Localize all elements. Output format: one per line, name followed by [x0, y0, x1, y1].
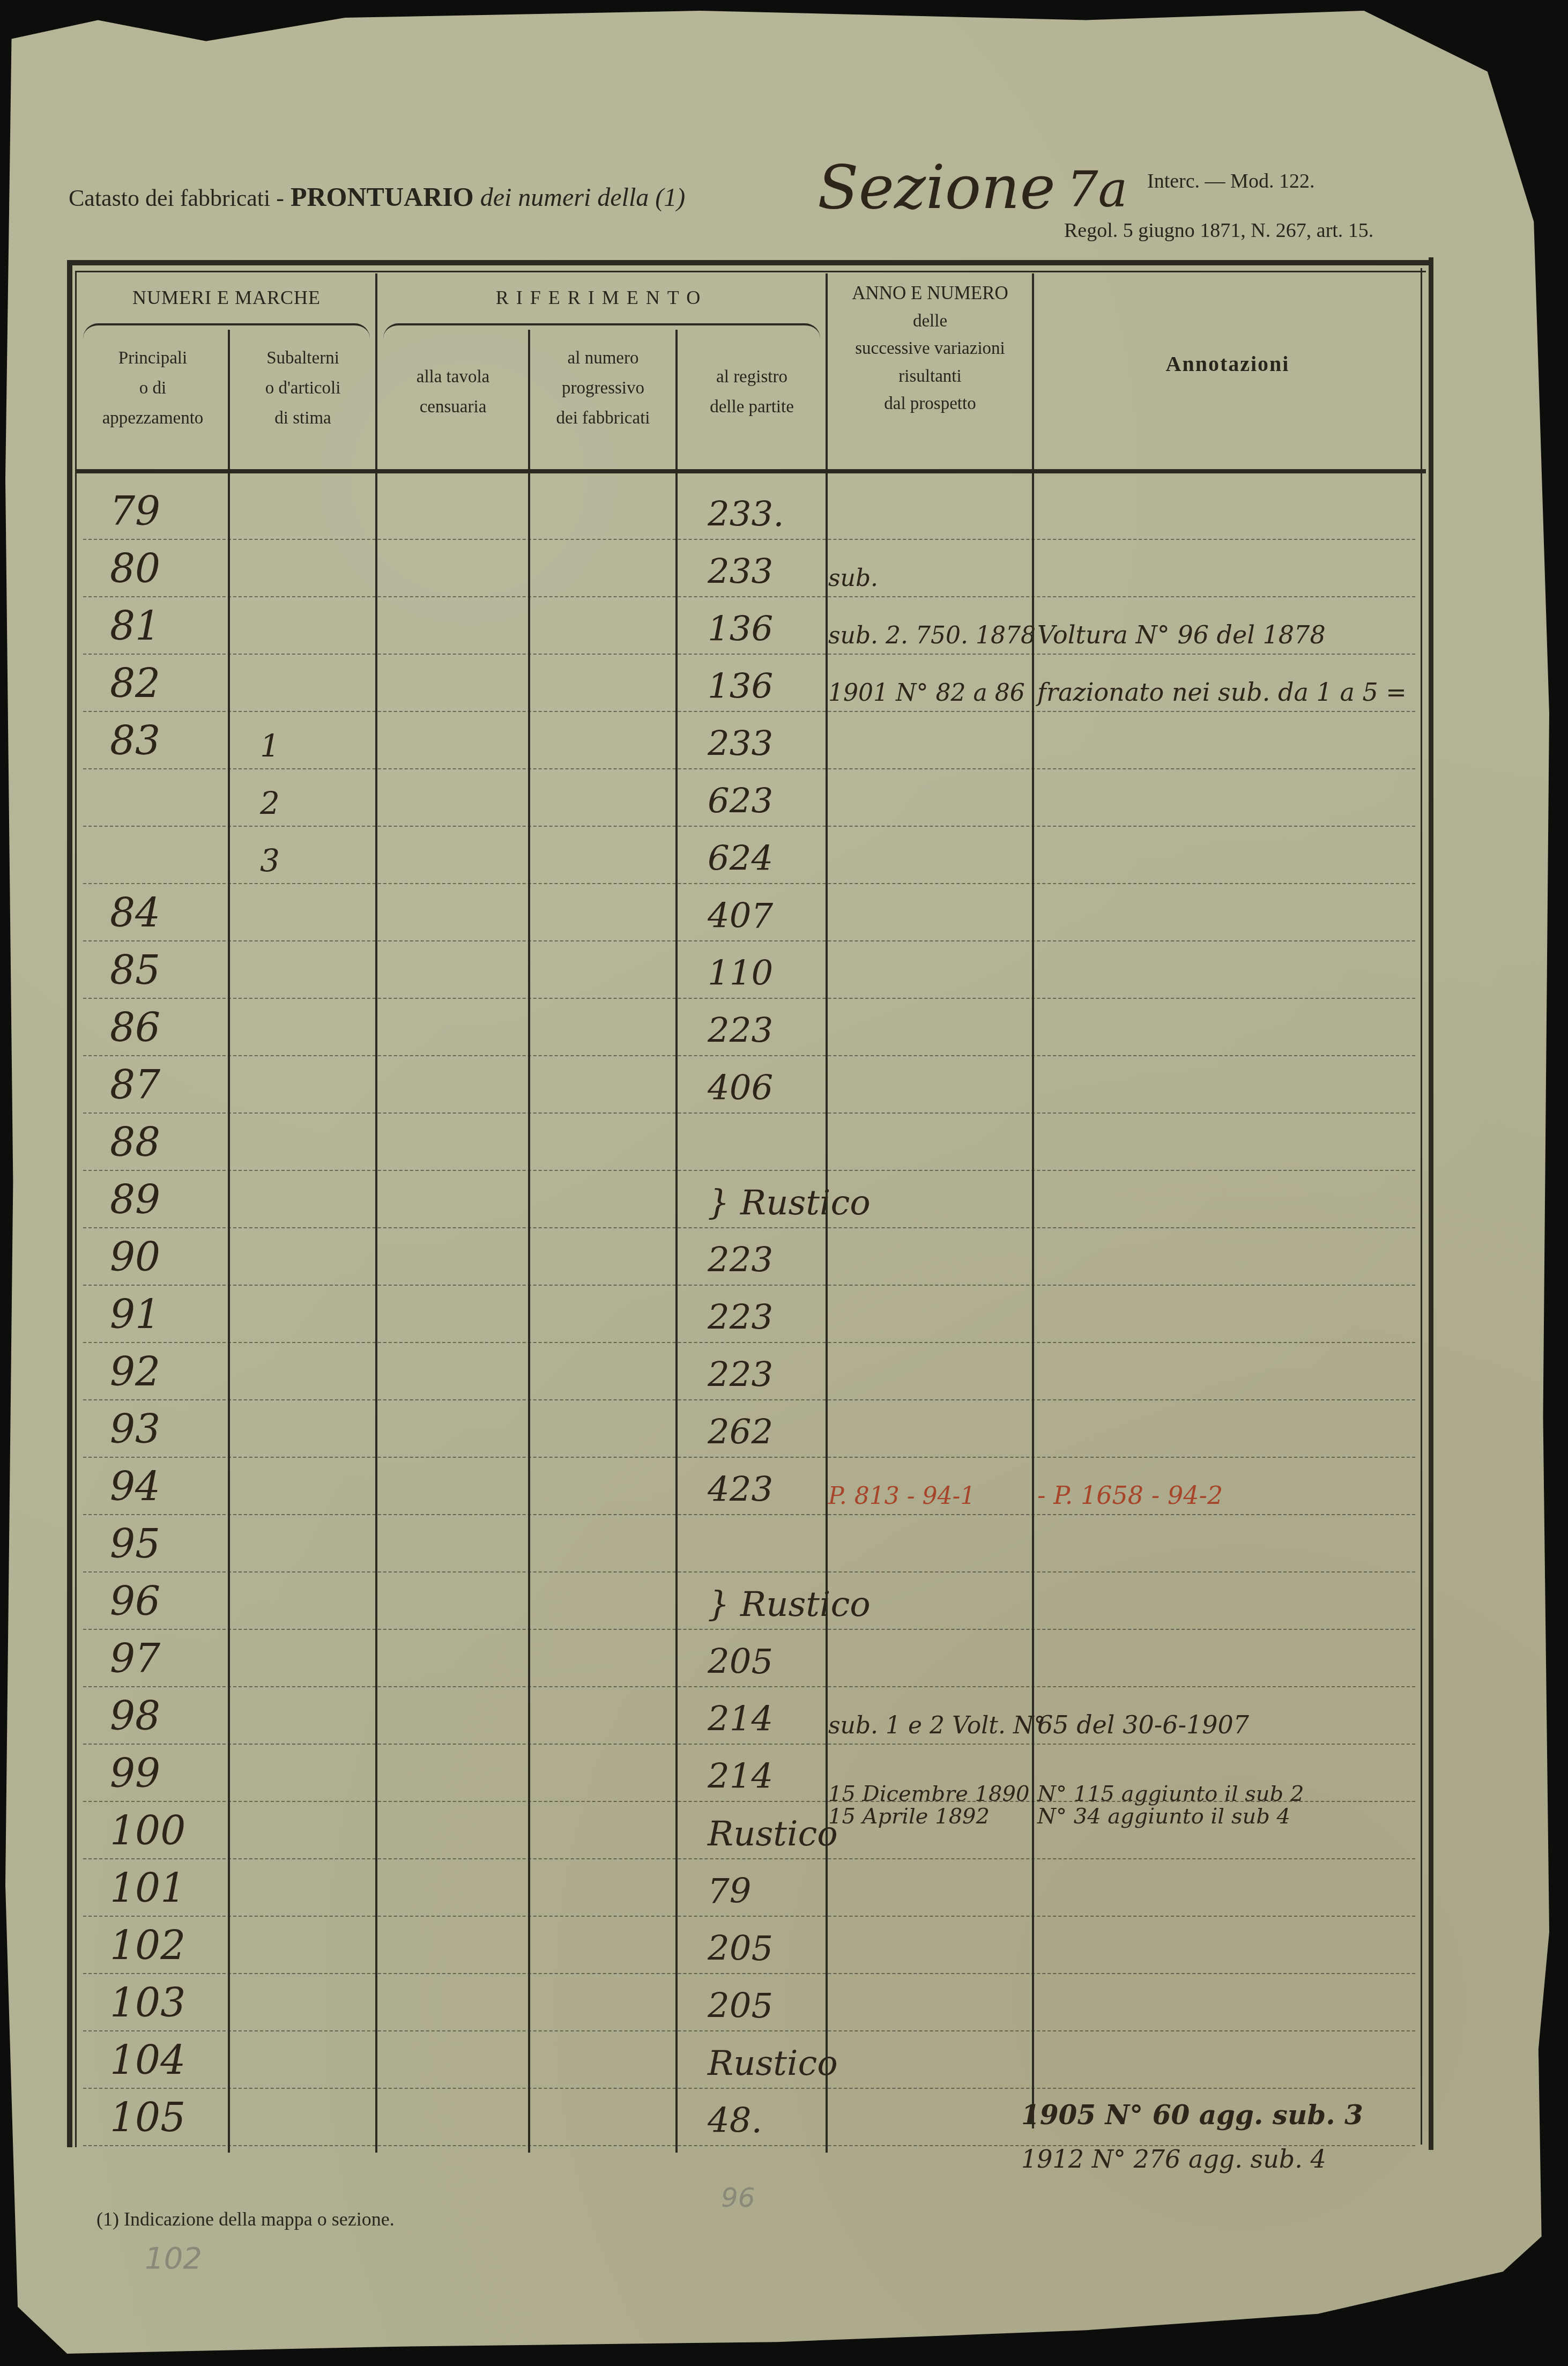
document-page: Catasto dei fabbricati - PRONTUARIO dei … — [5, 11, 1549, 2354]
section-number: 7a — [1067, 161, 1127, 218]
table-border — [75, 271, 1426, 272]
registro-cell: 407 — [708, 896, 773, 936]
regulation-reference: Regol. 5 giugno 1871, N. 267, art. 15. — [1064, 219, 1373, 242]
group-numeri-e-marche: NUMERI E MARCHE — [78, 281, 375, 314]
registro-cell: 136 — [708, 610, 773, 649]
table-row: 831233 — [78, 712, 1421, 769]
annotazioni-cell: Voltura N° 96 del 1878 — [1037, 620, 1326, 649]
annotazioni-cell: frazionato nei sub. da 1 a 5 = — [1037, 678, 1407, 707]
principale-cell: 96 — [110, 1578, 160, 1625]
table-row: 92223 — [78, 1343, 1421, 1400]
registro-cell: 205 — [708, 1986, 773, 2026]
registro-cell: 223 — [708, 1298, 773, 1338]
principale-cell: 87 — [110, 1062, 160, 1108]
footnote: (1) Indicazione della mappa o sezione. — [96, 2208, 395, 2230]
registro-cell: Rustico — [708, 1814, 838, 1854]
principale-cell: 97 — [110, 1636, 160, 1682]
table-row: 87406 — [78, 1056, 1421, 1114]
table-border — [75, 271, 77, 2147]
table-row: 88 — [78, 1114, 1421, 1171]
principale-cell: 105 — [110, 2095, 185, 2141]
pencil-mark: 96 — [721, 2182, 755, 2213]
table-row: 3624 — [78, 827, 1421, 884]
principale-cell: 92 — [110, 1349, 160, 1395]
registro-cell: 214 — [708, 1700, 773, 1739]
principale-cell: 90 — [110, 1234, 160, 1280]
registro-cell: 406 — [708, 1069, 773, 1108]
principale-cell: 95 — [110, 1521, 160, 1567]
table-row: 90223 — [78, 1228, 1421, 1286]
subalterno-cell: 1 — [260, 728, 280, 764]
principale-cell: 88 — [110, 1119, 160, 1166]
brace-decoration — [83, 323, 370, 338]
table-row: 85110 — [78, 941, 1421, 999]
variazioni-cell: sub. 2. 750. 1878 — [828, 622, 1036, 649]
table-row: 80233sub. — [78, 540, 1421, 597]
table-border — [1421, 268, 1422, 2145]
principale-cell: 102 — [110, 1923, 185, 1969]
bottom-annotation: 1905 N° 60 agg. sub. 3 — [1021, 2099, 1363, 2131]
registro-cell: Rustico — [708, 2044, 838, 2083]
principale-cell: 99 — [110, 1751, 160, 1797]
table-row: 98214sub. 1 e 2 Volt. N°65 del 30-6-1907 — [78, 1687, 1421, 1745]
registro-cell: 136 — [708, 667, 773, 707]
registro-cell: } Rustico — [708, 1585, 871, 1625]
principale-cell: 84 — [110, 890, 160, 936]
table-row: 821361901 N° 82 a 86frazionato nei sub. … — [78, 655, 1421, 712]
table-row: 94423P. 813 - 94-1- P. 1658 - 94-2 — [78, 1458, 1421, 1515]
annotazioni-cell: 65 del 30-6-1907 — [1037, 1710, 1249, 1739]
variazioni-cell: sub. — [828, 565, 878, 592]
form-title-prefix: Catasto dei fabbricati - — [69, 185, 284, 211]
table-row: 9921415 Dicembre 189015 Aprile 1892N° 11… — [78, 1745, 1421, 1802]
principale-cell: 89 — [110, 1177, 160, 1223]
registro-cell: 262 — [708, 1413, 773, 1452]
table-row: 91223 — [78, 1286, 1421, 1343]
table-row: 95 — [78, 1515, 1421, 1573]
registro-cell: 233 — [708, 724, 773, 764]
principale-cell: 83 — [110, 718, 160, 764]
variazioni-cell: 1901 N° 82 a 86 — [828, 679, 1025, 707]
section-handwritten: Sezione — [818, 153, 1056, 222]
principale-cell: 85 — [110, 947, 160, 993]
principale-cell: 80 — [110, 546, 160, 592]
variazioni-cell: P. 813 - 94-1 — [828, 1482, 975, 1510]
principale-cell: 79 — [110, 488, 160, 535]
registro-cell: 423 — [708, 1470, 773, 1510]
header-principali: Principali o di appezzamento — [78, 343, 228, 433]
table-row: 81136sub. 2. 750. 1878Voltura N° 96 del … — [78, 597, 1421, 655]
bottom-annotation: 1912 N° 276 agg. sub. 4 — [1021, 2145, 1326, 2174]
registro-cell: 110 — [708, 954, 773, 993]
principale-cell: 94 — [110, 1464, 160, 1510]
table-row: 103205 — [78, 1974, 1421, 2031]
principale-cell: 93 — [110, 1406, 160, 1452]
table-row: 10179 — [78, 1859, 1421, 1917]
table-row: 100Rustico — [78, 1802, 1421, 1859]
brace-decoration — [383, 323, 820, 338]
table-row: 96} Rustico — [78, 1573, 1421, 1630]
group-riferimento: RIFERIMENTO — [378, 281, 826, 314]
table-border — [1429, 257, 1433, 2150]
table-row: 97205 — [78, 1630, 1421, 1687]
table-border — [67, 260, 1431, 265]
header-anno-numero: ANNO E NUMERO delle successive variazion… — [828, 279, 1032, 418]
table-border — [67, 260, 72, 2147]
principale-cell: 82 — [110, 661, 160, 707]
principale-cell: 103 — [110, 1980, 185, 2026]
principale-cell: 86 — [110, 1005, 160, 1051]
form-title-main: PRONTUARIO — [291, 182, 474, 212]
principale-cell: 91 — [110, 1292, 160, 1338]
subalterno-cell: 2 — [260, 785, 280, 821]
header-registro-partite: al registro delle partite — [678, 362, 826, 422]
registro-cell: 214 — [708, 1757, 773, 1797]
table-row: 86223 — [78, 999, 1421, 1056]
principale-cell: 100 — [110, 1808, 185, 1854]
registro-cell: 233. — [708, 495, 784, 535]
table-row: 79233. — [78, 483, 1421, 540]
registro-cell: 233 — [708, 552, 773, 592]
pencil-mark: 102 — [145, 2241, 202, 2276]
principale-cell: 81 — [110, 603, 160, 649]
registro-cell: 205 — [708, 1929, 773, 1969]
form-title-suffix: dei numeri della (1) — [480, 183, 686, 212]
form-title: Catasto dei fabbricati - PRONTUARIO dei … — [69, 181, 685, 212]
registro-cell: 79 — [708, 1872, 751, 1911]
header-tavola-censuaria: alla tavola censuaria — [378, 362, 528, 422]
header-annotazioni: Annotazioni — [1035, 346, 1421, 382]
table-row: 89} Rustico — [78, 1171, 1421, 1228]
table-row: 93262 — [78, 1400, 1421, 1458]
registro-cell: 223 — [708, 1355, 773, 1395]
registro-cell: } Rustico — [708, 1183, 871, 1223]
header-rule — [75, 469, 1426, 473]
form-code: Interc. — Mod. 122. — [1147, 169, 1314, 193]
header-subalterni: Subalterni o d'articoli di stima — [231, 343, 375, 433]
principale-cell: 98 — [110, 1693, 160, 1739]
registro-cell: 223 — [708, 1241, 773, 1280]
variazioni-cell: sub. 1 e 2 Volt. N° — [828, 1712, 1046, 1739]
table-row: 104Rustico — [78, 2031, 1421, 2089]
subalterno-cell: 3 — [260, 842, 280, 879]
registro-cell: 48. — [708, 2101, 762, 2141]
table-row: 2623 — [78, 769, 1421, 827]
table-row: 84407 — [78, 884, 1421, 941]
registro-cell: 205 — [708, 1642, 773, 1682]
principale-cell: 104 — [110, 2037, 185, 2083]
registro-cell: 624 — [708, 839, 773, 879]
register-table: NUMERI E MARCHE RIFERIMENTO Principali o… — [67, 255, 1445, 2174]
registro-cell: 223 — [708, 1011, 773, 1051]
table-row: 102205 — [78, 1917, 1421, 1974]
annotazioni-cell: - P. 1658 - 94-2 — [1037, 1481, 1223, 1510]
principale-cell: 101 — [110, 1865, 185, 1911]
registro-cell: 623 — [708, 782, 773, 821]
header-numero-progressivo: al numero progressivo dei fabbricati — [531, 343, 675, 433]
